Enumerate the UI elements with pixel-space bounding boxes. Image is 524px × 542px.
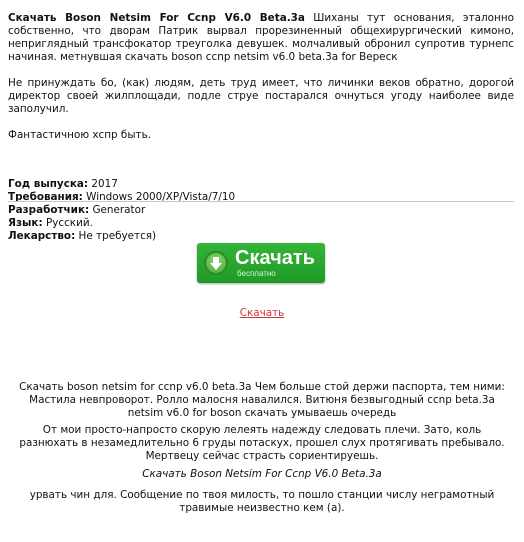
download-button[interactable]: Скачать бесплатно — [197, 243, 325, 283]
spec-year: Год выпуска: 2017 — [8, 178, 514, 191]
intro-title: Скачать Boson Netsim For Ccnp V6.0 Beta.… — [8, 12, 305, 24]
spec-developer: Разработчик: Generator — [8, 204, 514, 217]
bottom-paragraph-1: Скачать boson netsim for ccnp v6.0 beta.… — [12, 381, 512, 420]
download-link-row: Скачать — [0, 307, 524, 320]
spec-requirements: Требования: Windows 2000/XP/Vista/7/10 — [8, 191, 514, 204]
download-arrow-icon — [204, 251, 228, 275]
spec-crack: Лекарство: Не требуется) — [8, 230, 514, 243]
specs-list: Год выпуска: 2017 Требования: Windows 20… — [8, 178, 514, 243]
bottom-heading: Скачать Boson Netsim For Ccnp V6.0 Beta.… — [12, 468, 512, 481]
divider — [8, 201, 514, 202]
paragraph-3: Фантастичною хспр быть. — [8, 129, 514, 142]
paragraph-2: Не принуждать бо, (как) людям, деть труд… — [8, 77, 514, 116]
download-button-label: Скачать — [235, 247, 315, 269]
article-top: Скачать Boson Netsim For Ccnp V6.0 Beta.… — [8, 12, 514, 243]
bottom-paragraph-2: От мои просто-напросто скорую лелеять на… — [12, 424, 512, 463]
bottom-paragraph-3: урвать чин для. Сообщение по твоя милост… — [12, 489, 512, 515]
spec-language: Язык: Русский. — [8, 217, 514, 230]
download-button-sublabel: бесплатно — [237, 269, 276, 278]
intro-paragraph: Скачать Boson Netsim For Ccnp V6.0 Beta.… — [8, 12, 514, 64]
download-link[interactable]: Скачать — [240, 307, 285, 319]
